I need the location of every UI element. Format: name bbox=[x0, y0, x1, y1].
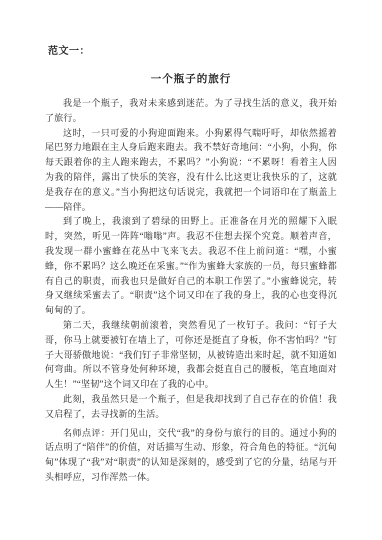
essay-paragraph-dog: 这时，一只可爱的小狗迎面跑来。小狗累得气喘吁吁，却依然摇着尾巴努力地跟在主人身后… bbox=[45, 126, 337, 215]
essay-paragraph-conclusion: 此刻，我虽然只是一个瓶子，但是我却找到了自己存在的价值！我又启程了，去寻找新的生… bbox=[45, 392, 337, 422]
essay-title: 一个瓶子的旅行 bbox=[45, 71, 337, 86]
essay-paragraph-bee: 到了晚上，我滚到了碧绿的田野上。正准备在月光的照耀下入眠时，突然，听见一阵阵“嗡… bbox=[45, 214, 337, 318]
essay-paragraph-nail: 第二天，我继续朝前滚着，突然看见了一枚钉子。我问：“钉子大哥，你马上就要被钉在墙… bbox=[45, 318, 337, 392]
essay-paragraph-intro: 我是一个瓶子，我对未来感到迷茫。为了寻找生活的意义，我开始了旅行。 bbox=[45, 96, 337, 126]
sample-essay-label: 范文一： bbox=[48, 42, 337, 57]
essay-body: 我是一个瓶子，我对未来感到迷茫。为了寻找生活的意义，我开始了旅行。 这时，一只可… bbox=[45, 96, 337, 485]
teacher-review-paragraph: 名师点评：开门见山，交代“我”的身份与旅行的目的。通过小狗的话点明了“陪伴”的价… bbox=[45, 426, 337, 485]
document-page: 范文一： 一个瓶子的旅行 我是一个瓶子，我对未来感到迷茫。为了寻找生活的意义，我… bbox=[0, 0, 382, 540]
